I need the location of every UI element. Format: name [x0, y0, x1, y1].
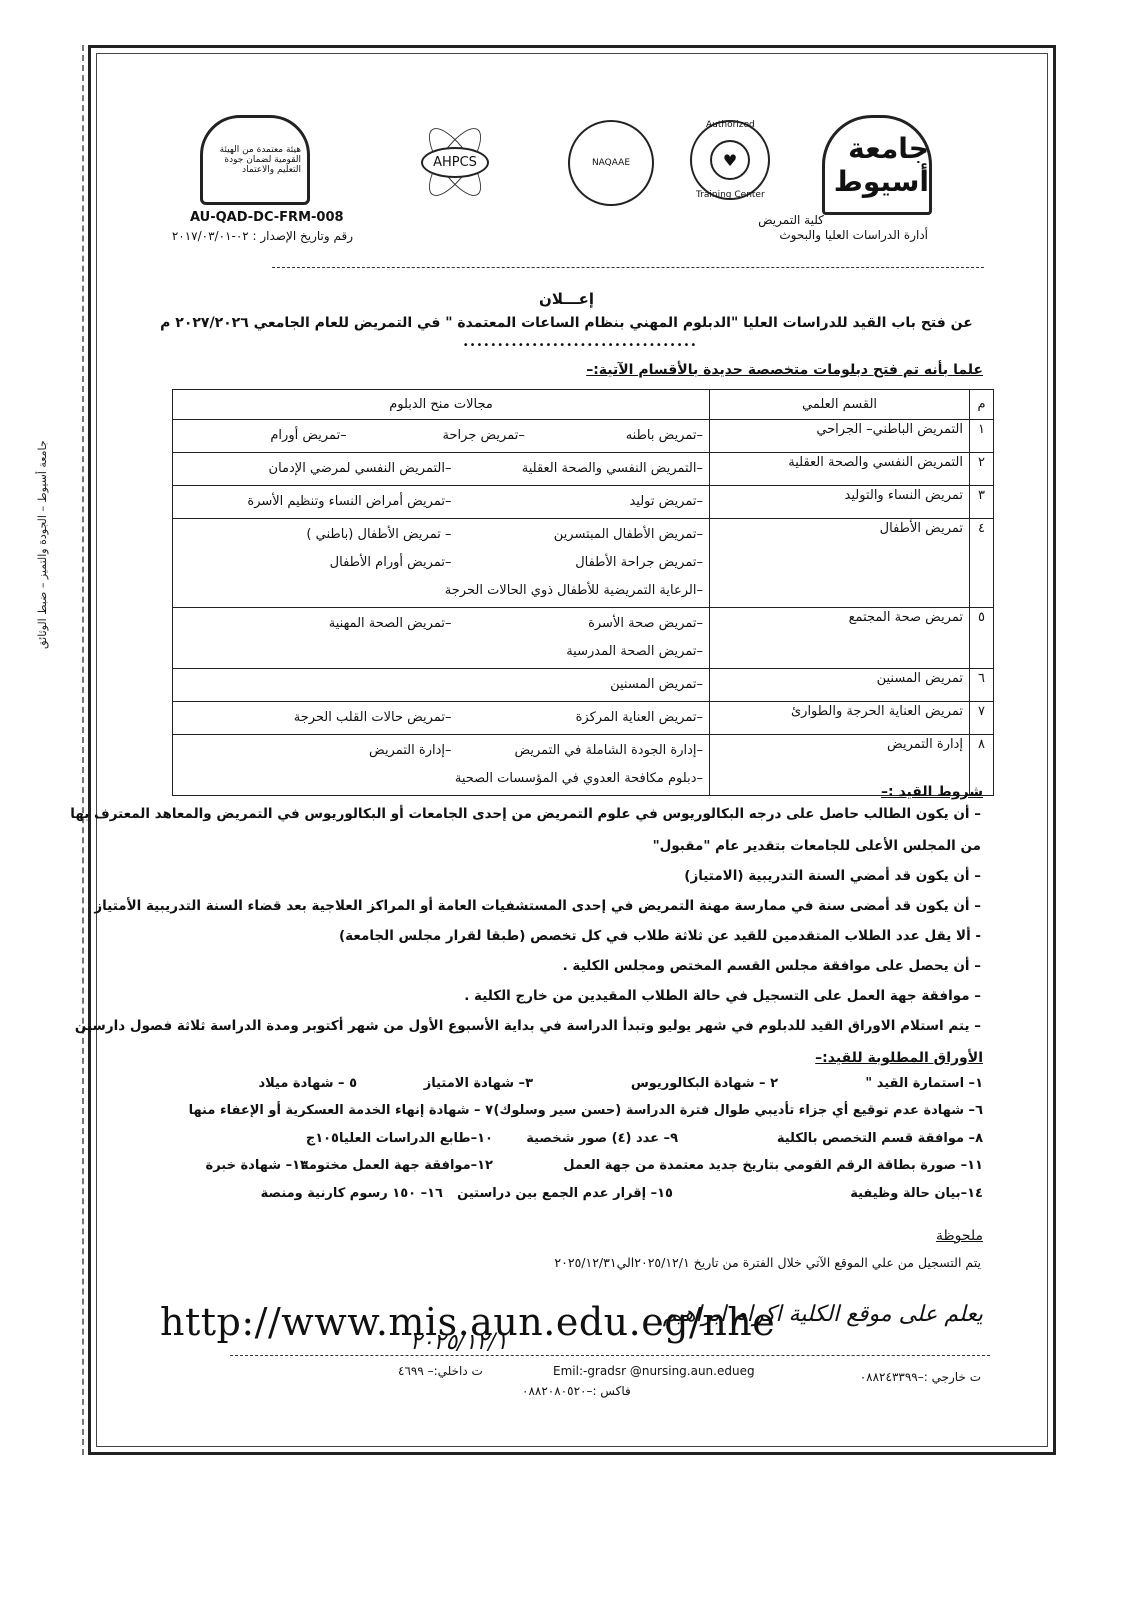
announcement-title: إعـــلان — [0, 290, 1133, 308]
form-code: AU-QAD-DC-FRM-008 — [190, 210, 344, 225]
field-item: –تمريض الأطفال المبتسرين — [451, 521, 703, 549]
side-margin-text: جامعة أسيوط – الجودة والتميز – ضبط الوثا… — [36, 440, 56, 770]
document-item: ٥ – شهادة ميلاد — [258, 1076, 357, 1091]
document-item: ٨– موافقة قسم التخصص بالكلية — [777, 1131, 983, 1146]
university-logo-text: جامعة أسيوط — [825, 132, 929, 198]
contact-email[interactable]: Emil:-gradsr @nursing.aun.edueg — [553, 1364, 755, 1378]
table-row: ٢ التمريض النفسي والصحة العقلية –التمريض… — [173, 453, 994, 486]
row-dept: تمريض صحة المجتمع — [710, 608, 970, 669]
naqaae-logo-text: NAQAAE — [592, 158, 630, 168]
condition-item: – يتم استلام الاوراق القيد للدبلوم في شه… — [75, 1018, 981, 1034]
field-item: –تمريض حالات القلب الحرجة — [200, 704, 452, 732]
document-item: ١٦– ١٥٠ رسوم كارنية ومنصة — [261, 1186, 443, 1201]
document-item: ٩– عدد (٤) صور شخصية — [526, 1131, 678, 1146]
field-item: – تمريض الأطفال (باطني ) — [200, 521, 452, 549]
intro-text: علما بأنه تم فتح دبلومات متخصصة حديدة با… — [586, 362, 983, 378]
department-name: أدارة الدراسات العليا والبحوث — [779, 228, 928, 242]
table-row: ٣ تمريض النساء والتوليد –تمريض توليد –تم… — [173, 486, 994, 519]
field-item: –إدارة الجودة الشاملة في التمريض — [451, 737, 703, 765]
diplomas-table: م القسم العلمي مجالات منح الدبلوم ١ التم… — [172, 389, 994, 796]
document-item: ١٣– شهادة خبرة — [206, 1158, 308, 1173]
page-border-decoration — [82, 45, 87, 1455]
fax-number: فاكس :–٠٨٨٢٠٨٠٥٢٠ — [522, 1384, 631, 1398]
row-num: ٧ — [970, 702, 994, 735]
header-num: م — [970, 390, 994, 420]
aha-ring-bottom: Training Center — [696, 190, 765, 200]
header-divider — [272, 267, 984, 268]
ahpcs-label: AHPCS — [421, 147, 489, 178]
field-item: –تمريض الصحة المهنية — [200, 610, 452, 638]
table-row: ٧ تمريض العناية الحرجة والطوارئ –تمريض ا… — [173, 702, 994, 735]
aha-ring-top: Authorized — [706, 120, 755, 130]
footer-divider — [230, 1355, 990, 1356]
document-item: ١٥– إقرار عدم الجمع بين دراستين — [457, 1186, 673, 1201]
field-item: –دبلوم مكافحة العدوي في المؤسسات الصحية — [179, 765, 703, 793]
row-num: ٦ — [970, 669, 994, 702]
registration-period: يتم التسجيل من علي الموقع الآتي خلال الف… — [554, 1255, 981, 1270]
condition-item: – أن يحصل على موافقة مجلس القسم المختص و… — [563, 958, 981, 974]
ahpcs-logo: AHPCS — [410, 122, 500, 202]
table-row: ٨ إدارة التمريض –إدارة الجودة الشاملة في… — [173, 735, 994, 796]
aha-training-center-logo: Authorized ♥ Training Center — [690, 120, 770, 200]
field-item: –تمريض الصحة المدرسية — [179, 638, 703, 666]
documents-heading: الأوراق المطلوبة للقيد:– — [815, 1050, 983, 1066]
row-num: ٤ — [970, 519, 994, 608]
row-num: ١ — [970, 420, 994, 453]
field-item: –تمريض المسنين — [179, 671, 703, 699]
row-dept: تمريض النساء والتوليد — [710, 486, 970, 519]
field-item: –تمريض باطنه — [525, 422, 703, 450]
document-item: ١٤–بيان حالة وظيفية — [850, 1186, 983, 1201]
field-item: –تمريض توليد — [451, 488, 703, 516]
field-item: –تمريض أورام — [190, 422, 347, 450]
internal-phone: ت داخلي:– ٤٦٩٩ — [398, 1364, 483, 1378]
hall-logo-text: هيئة معتمدة من الهيئة القومية لضمان جودة… — [203, 139, 307, 181]
row-num: ٣ — [970, 486, 994, 519]
table-header-row: م القسم العلمي مجالات منح الدبلوم — [173, 390, 994, 420]
header-fields: مجالات منح الدبلوم — [173, 390, 710, 420]
faculty-hall-logo: هيئة معتمدة من الهيئة القومية لضمان جودة… — [200, 115, 310, 205]
dotted-separator: •••••••••••••••••••••••••••••••••• — [420, 340, 740, 351]
document-item: ١٠–طابع الدراسات العليا١٠٥ج — [306, 1131, 493, 1146]
table-row: ٦ تمريض المسنين –تمريض المسنين — [173, 669, 994, 702]
condition-item: – أن يكون قد أمضي السنة التدريبية (الامت… — [684, 868, 981, 884]
condition-item: - ألا يقل عدد الطلاب المتقدمين للقيد عن … — [339, 928, 981, 944]
assiut-university-logo: جامعة أسيوط — [822, 115, 932, 215]
condition-item: – موافقة جهة العمل على التسجيل في حالة ا… — [464, 988, 981, 1004]
heart-icon: ♥ — [710, 140, 750, 180]
condition-item: من المجلس الأعلى للجامعات بتقدير عام "مق… — [653, 838, 981, 854]
table-row: ٤ تمريض الأطفال –تمريض الأطفال المبتسرين… — [173, 519, 994, 608]
header-dept: القسم العلمي — [710, 390, 970, 420]
document-item: ١٢–موافقة جهة العمل مختومة — [301, 1158, 493, 1173]
field-item: –تمريض جراحة — [347, 422, 525, 450]
table-row: ١ التمريض الباطني– الجراحي –تمريض باطنه … — [173, 420, 994, 453]
table-row: ٥ تمريض صحة المجتمع –تمريض صحة الأسرة –ت… — [173, 608, 994, 669]
field-item: –إدارة التمريض — [200, 737, 452, 765]
condition-item: – أن يكون قد أمضى سنة في ممارسة مهنة الت… — [94, 898, 981, 914]
document-item: ١– استمارة القيد " — [865, 1076, 983, 1091]
field-item: –تمريض صحة الأسرة — [451, 610, 703, 638]
field-item: –تمريض أورام الأطفال — [200, 549, 452, 577]
document-item: ٣– شهادة الامتياز — [424, 1076, 533, 1091]
document-item: ١١– صورة بطاقة الرقم القومي بتاريخ جديد … — [563, 1158, 983, 1173]
conditions-heading: شروط القيد :– — [881, 784, 983, 800]
condition-item: – أن يكون الطالب حاصل على درجه البكالوري… — [70, 806, 981, 822]
external-phone: ت خارجي :–٠٨٨٢٤٣٣٩٩ — [860, 1370, 981, 1384]
row-dept: التمريض الباطني– الجراحي — [710, 420, 970, 453]
field-item: –التمريض النفسي والصحة العقلية — [451, 455, 703, 483]
document-item: ٦– شهادة عدم توقيع أي جزاء تأديبي طوال ف… — [494, 1103, 983, 1118]
field-item: –الرعاية التمريضية للأطفال ذوي الحالات ا… — [179, 577, 703, 605]
document-item: ٧ – شهادة إنهاء الخدمة العسكرية أو الإعف… — [189, 1103, 493, 1118]
field-item: –التمريض النفسي لمرضي الإدمان — [200, 455, 452, 483]
faculty-name: كلية التمريض — [721, 213, 861, 227]
field-item: –تمريض أمراض النساء وتنظيم الأسرة — [200, 488, 452, 516]
row-dept: تمريض الأطفال — [710, 519, 970, 608]
row-dept: تمريض المسنين — [710, 669, 970, 702]
field-item: –تمريض العناية المركزة — [451, 704, 703, 732]
row-dept: التمريض النفسي والصحة العقلية — [710, 453, 970, 486]
naqaae-logo: NAQAAE — [568, 120, 654, 206]
row-dept: تمريض العناية الحرجة والطوارئ — [710, 702, 970, 735]
handwritten-date: ٢٠٢٥/١٢/١ — [410, 1330, 508, 1355]
announcement-subtitle: عن فتح باب القيد للدراسات العليا "الدبلو… — [0, 315, 1133, 331]
row-num: ٢ — [970, 453, 994, 486]
document-item: ٢ – شهادة البكالوريوس — [631, 1076, 778, 1091]
field-item: –تمريض جراحة الأطفال — [451, 549, 703, 577]
row-num: ٥ — [970, 608, 994, 669]
note-heading: ملحوظة — [936, 1228, 983, 1244]
handwritten-note: يعلم على موقع الكلية اكرام ابراهيم — [663, 1302, 983, 1327]
issue-date: رقم وتاريخ الإصدار : ٠٢-٢٠١٧/٠٣/٠١ — [163, 229, 353, 243]
